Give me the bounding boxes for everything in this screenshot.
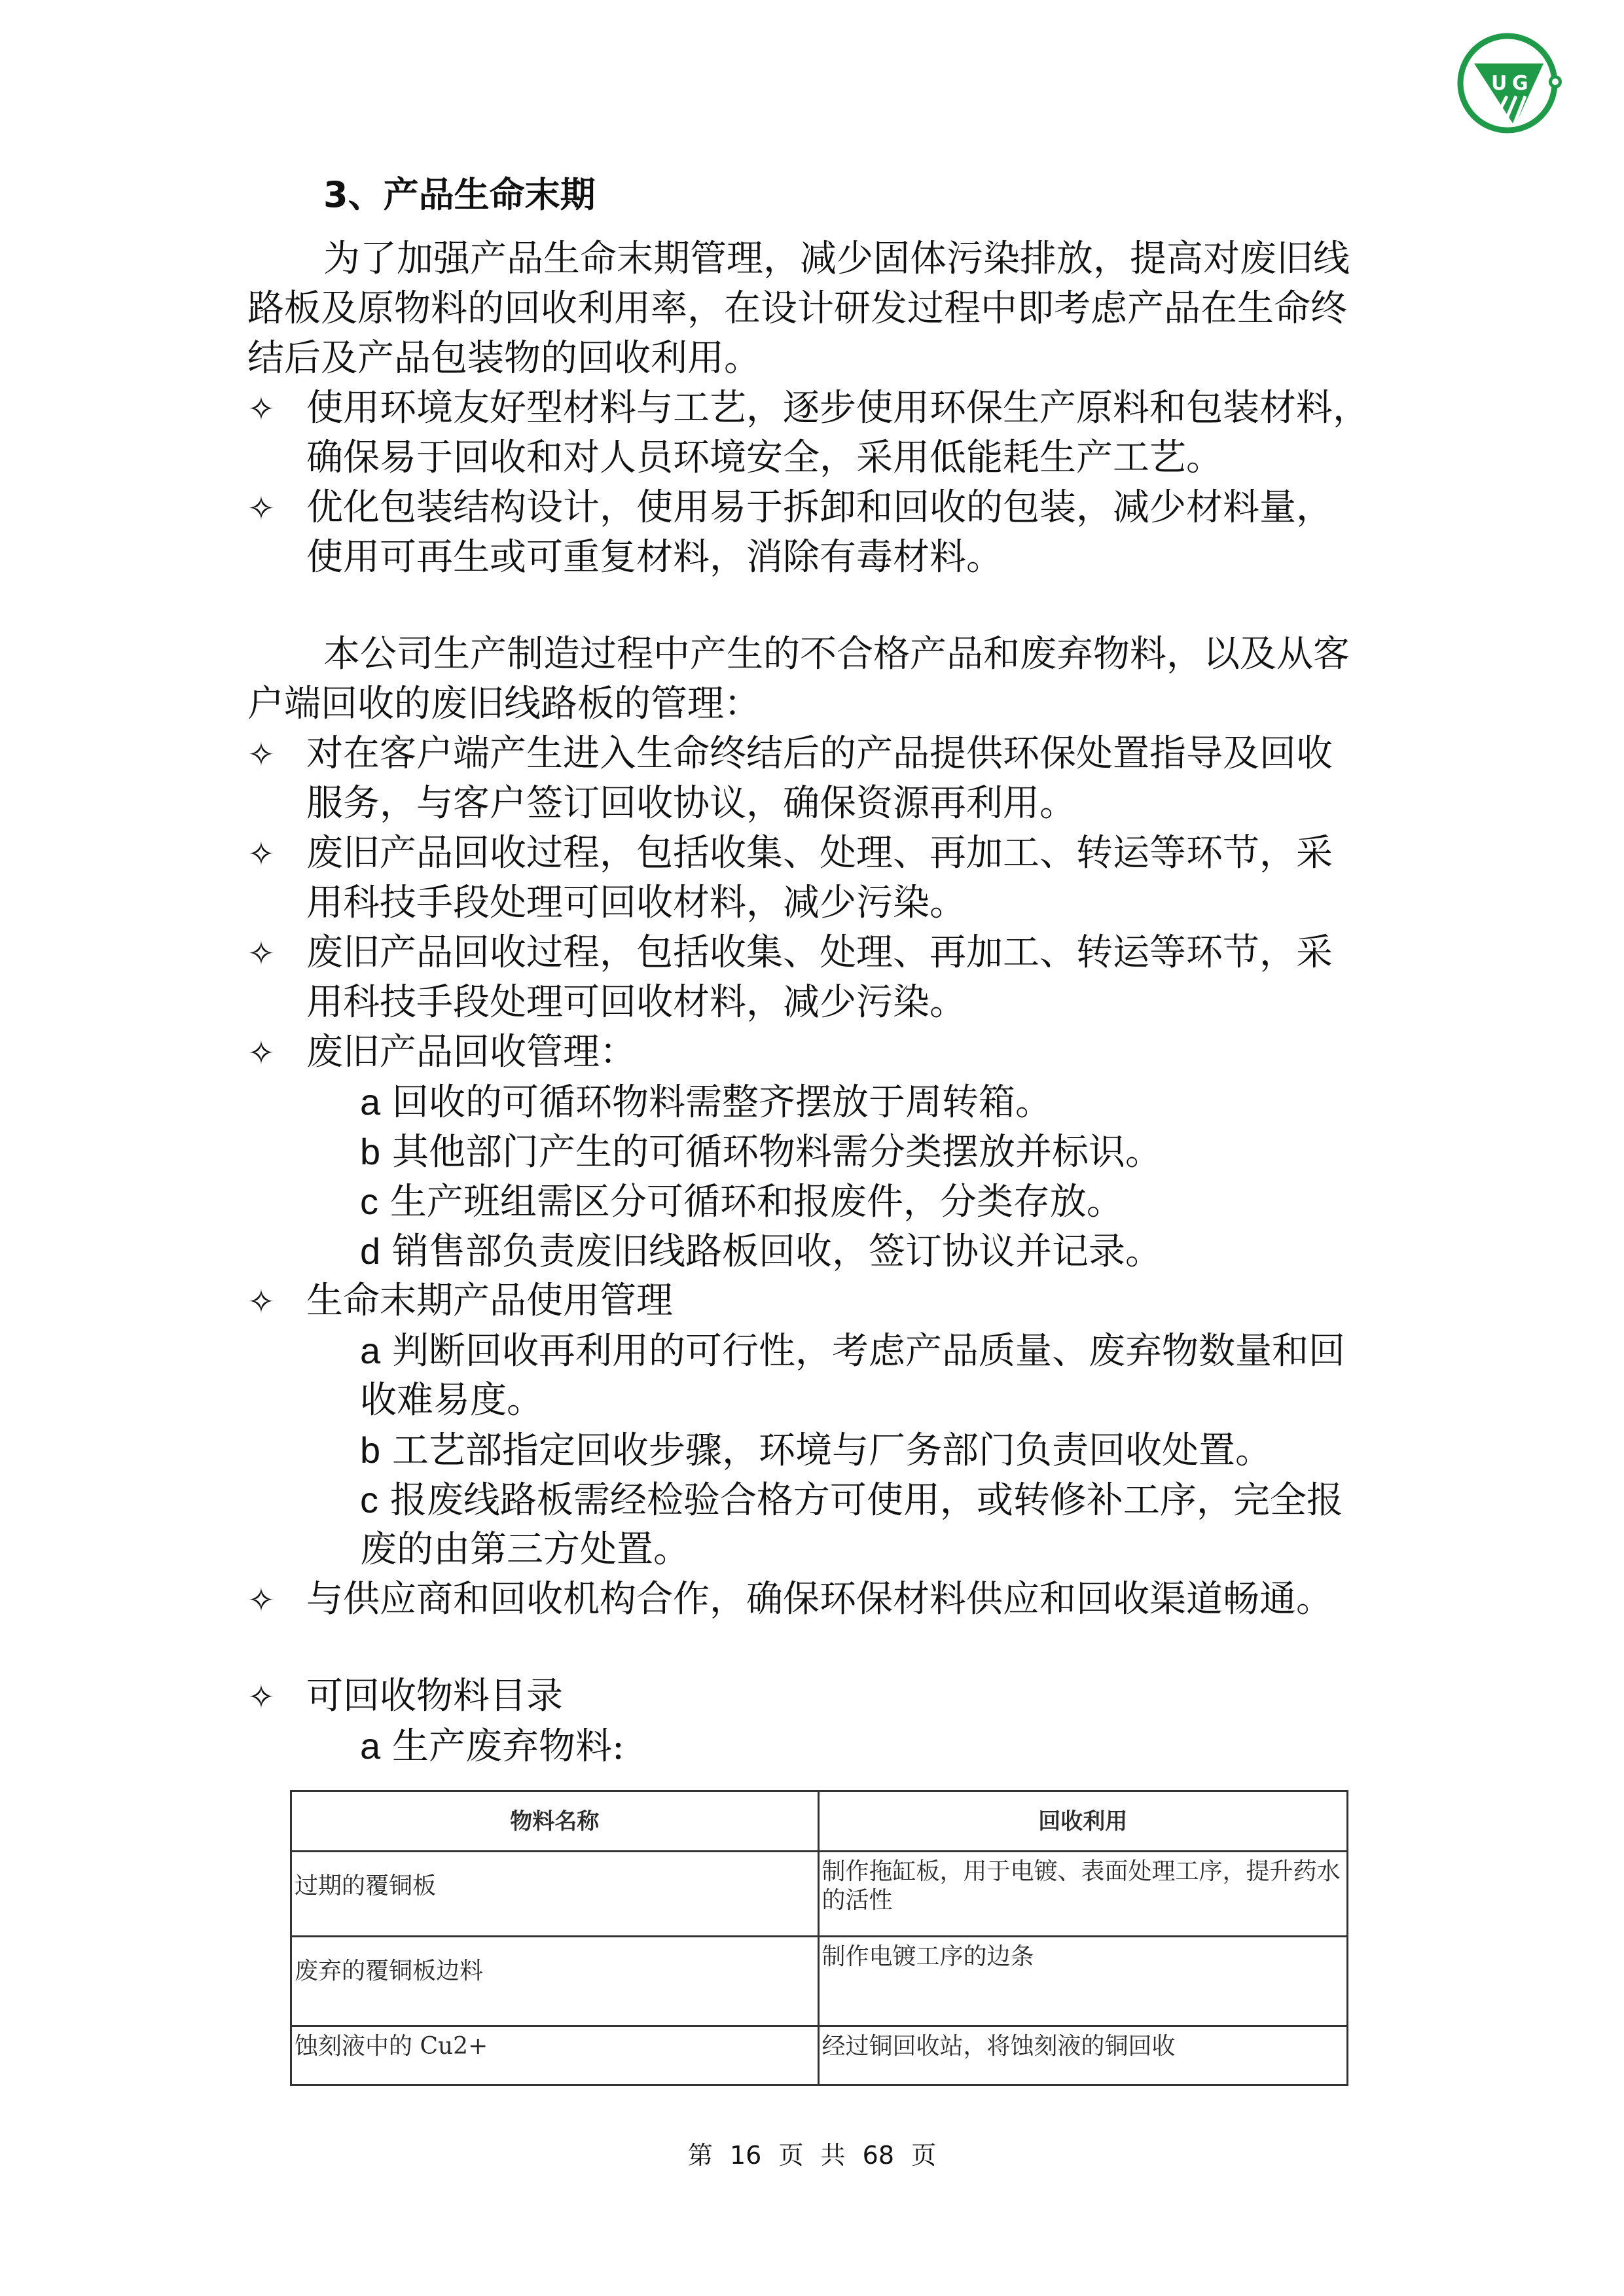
bullet-item: ✧废旧产品回收管理： [247,1028,636,1077]
bullet-text-cont: 用科技手段处理可回收材料，减少污染。 [306,878,966,928]
svg-text:U: U [1491,72,1507,95]
table-row: 过期的覆铜板 制作拖缸板，用于电镀、表面处理工序，提升药水的活性 [291,1852,1348,1937]
sub-item-cont: 废的由第三方处置。 [360,1525,690,1575]
bullet-text: 废旧产品回收过程，包括收集、处理、再加工、转运等环节，采 [306,931,1333,974]
sub-item-letter: c [360,1181,378,1222]
four-point-star-bullet-icon: ✧ [247,384,306,434]
sub-item-letter: b [360,1131,380,1172]
sub-item: a 判断回收再利用的可行性，考虑产品质量、废弃物数量和回 [360,1326,1345,1376]
bullet-text-cont: 使用可再生或可重复材料，消除有毒材料。 [306,533,1003,583]
sub-item-letter: b [360,1429,380,1471]
bullet-item: ✧优化包装结构设计，使用易于拆卸和回收的包装，减少材料量， [247,483,1333,533]
footer-suffix: 页 [911,2141,936,2170]
sub-item: b 其他部门产生的可循环物料需分类摆放并标识。 [360,1127,1162,1177]
sub-item-letter: c [360,1479,378,1520]
sub-item: a 生产废弃物料: [360,1721,624,1771]
bullet-item: ✧对在客户端产生进入生命终结后的产品提供环保处置指导及回收 [247,729,1333,779]
four-point-star-bullet-icon: ✧ [247,1277,306,1327]
recyclable-materials-table: 物料名称 回收利用 过期的覆铜板 制作拖缸板，用于电镀、表面处理工序，提升药水的… [290,1790,1348,2086]
sub-item: c 报废线路板需经检验合格方可使用，或转修补工序，完全报 [360,1475,1343,1525]
sub-item-text: 报废线路板需经检验合格方可使用，或转修补工序，完全报 [390,1479,1343,1522]
sub-item-letter: a [360,1725,380,1767]
sub-item-text: 销售部负责废旧线路板回收，签订协议并记录。 [392,1230,1162,1273]
four-point-star-bullet-icon: ✧ [247,829,306,879]
four-point-star-bullet-icon: ✧ [247,730,306,780]
table-row: 蚀刻液中的 Cu2+ 经过铜回收站，将蚀刻液的铜回收 [291,2026,1348,2085]
intro-line-1: 为了加强产品生命末期管理，减少固体污染排放，提高对废旧线 [323,234,1350,284]
bullet-text-cont: 用科技手段处理可回收材料，减少污染。 [306,978,966,1028]
bullet-item: ✧使用环境友好型材料与工艺，逐步使用环保生产原料和包装材料， [247,384,1369,433]
sub-item-text: 生产废弃物料: [392,1725,624,1768]
cell-recycle-use: 经过铜回收站，将蚀刻液的铜回收 [818,2026,1347,2085]
cell-material: 废弃的覆铜板边料 [291,1937,819,2026]
bullet-text: 与供应商和回收机构合作，确保环保材料供应和回收渠道畅通。 [306,1578,1333,1621]
four-point-star-bullet-icon: ✧ [247,1575,306,1625]
bullet-text: 对在客户端产生进入生命终结后的产品提供环保处置指导及回收 [306,732,1333,775]
intro-line-2: 路板及原物料的回收利用率，在设计研发过程中即考虑产品在生命终 [247,284,1347,334]
bullet-item: ✧废旧产品回收过程，包括收集、处理、再加工、转运等环节，采 [247,928,1333,978]
sub-item: d 销售部负责废旧线路板回收，签订协议并记录。 [360,1227,1162,1276]
cell-material: 蚀刻液中的 Cu2+ [291,2026,819,2085]
para2-line-2: 户端回收的废旧线路板的管理： [247,679,761,729]
bullet-text: 生命末期产品使用管理 [306,1280,673,1322]
sub-item-text: 其他部门产生的可循环物料需分类摆放并标识。 [392,1131,1162,1174]
para2-line-1: 本公司生产制造过程中产生的不合格产品和废弃物料，以及从客 [323,630,1350,679]
section-heading: 3、产品生命末期 [323,170,596,220]
sub-item-letter: d [360,1230,380,1272]
bullet-text: 废旧产品回收管理： [306,1031,636,1073]
sub-item: c 生产班组需区分可循环和报废件，分类存放。 [360,1177,1123,1227]
four-point-star-bullet-icon: ✧ [247,484,306,533]
column-header-material: 物料名称 [291,1791,819,1852]
sub-item-cont: 收难易度。 [360,1376,543,1426]
sub-item-text: 生产班组需区分可循环和报废件，分类存放。 [390,1181,1123,1223]
sub-item-letter: a [360,1081,380,1122]
sub-item-text: 判断回收再利用的可行性，考虑产品质量、废弃物数量和回 [392,1330,1345,1372]
bullet-text-cont: 服务，与客户签订回收协议，确保资源再利用。 [306,779,1076,829]
bullet-text-cont: 确保易于回收和对人员环境安全，采用低能耗生产工艺。 [306,433,1223,483]
table-row: 废弃的覆铜板边料 制作电镀工序的边条 [291,1937,1348,2026]
sub-item: a 回收的可循环物料需整齐摆放于周转箱。 [360,1077,1052,1127]
bullet-text: 使用环境友好型材料与工艺，逐步使用环保生产原料和包装材料， [306,387,1369,429]
footer-middle: 页 共 [778,2141,845,2170]
footer-prefix: 第 [688,2141,713,2170]
cell-recycle-use: 制作电镀工序的边条 [818,1937,1347,2026]
sub-item-text: 工艺部指定回收步骤，环境与厂务部门负责回收处置。 [392,1429,1272,1472]
current-page-number: 16 [730,2141,761,2170]
total-page-count: 68 [863,2141,894,2170]
bullet-item: ✧与供应商和回收机构合作，确保环保材料供应和回收渠道畅通。 [247,1575,1333,1624]
four-point-star-bullet-icon: ✧ [247,1028,306,1078]
svg-text:G: G [1512,72,1528,95]
column-header-recycle-use: 回收利用 [818,1791,1347,1852]
cell-material: 过期的覆铜板 [291,1852,819,1937]
bullet-text: 废旧产品回收过程，包括收集、处理、再加工、转运等环节，采 [306,832,1333,874]
sub-item-text: 回收的可循环物料需整齐摆放于周转箱。 [392,1081,1052,1124]
page-footer: 第 16 页 共 68 页 [0,2135,1624,2171]
intro-line-3: 结后及产品包装物的回收利用。 [247,334,761,384]
table-header-row: 物料名称 回收利用 [291,1791,1348,1852]
bullet-item: ✧废旧产品回收过程，包括收集、处理、再加工、转运等环节，采 [247,829,1333,878]
bullet-item: ✧生命末期产品使用管理 [247,1276,673,1326]
company-logo: U G [1452,23,1576,141]
bullet-text: 可回收物料目录 [306,1675,563,1717]
ug-company-logo-icon: U G [1452,23,1576,141]
sub-item-letter: a [360,1330,380,1371]
sub-item: b 工艺部指定回收步骤，环境与厂务部门负责回收处置。 [360,1426,1272,1475]
bullet-item: ✧可回收物料目录 [247,1672,563,1721]
bullet-text: 优化包装结构设计，使用易于拆卸和回收的包装，减少材料量， [306,486,1333,529]
four-point-star-bullet-icon: ✧ [247,1672,306,1722]
four-point-star-bullet-icon: ✧ [247,929,306,978]
cell-recycle-use: 制作拖缸板，用于电镀、表面处理工序，提升药水的活性 [818,1852,1347,1937]
